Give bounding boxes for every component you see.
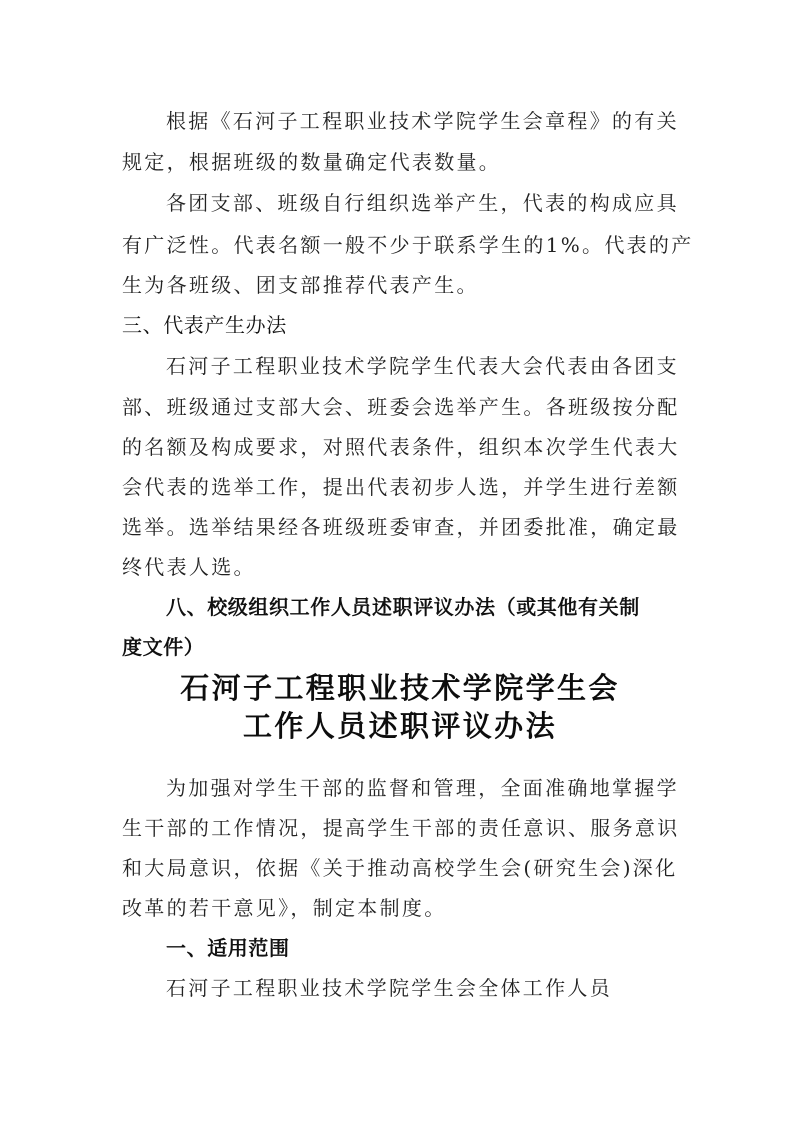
paragraph-line: 部、班级通过支部大会、班委会选举产生。各班级按分配 [122,394,662,420]
section-heading: 三、代表产生办法 [122,312,662,338]
document-title: 石河子工程职业技术学院学生会 [0,670,800,706]
section-heading-continued: 度文件） [122,634,662,660]
paragraph-line: 选举。选举结果经各班级班委审查，并团委批准，确定最 [122,514,662,540]
paragraph-line: 生为各班级、团支部推荐代表产生。 [122,272,662,298]
paragraph-line: 石河子工程职业技术学院学生代表大会代表由各团支 [166,353,706,379]
paragraph-line: 终代表人选。 [122,554,662,580]
paragraph-line: 和大局意识，依据《关于推动高校学生会(研究生会)深化 [122,855,662,881]
section-heading: 一、适用范围 [166,935,706,961]
paragraph-line: 有广泛性。代表名额一般不少于联系学生的1%。代表的产 [122,232,662,258]
paragraph-line: 的名额及构成要求，对照代表条件，组织本次学生代表大 [122,434,662,460]
paragraph-line: 会代表的选举工作，提出代表初步人选，并学生进行差额 [122,474,662,500]
paragraph-line: 各团支部、班级自行组织选举产生，代表的构成应具 [166,190,706,216]
document-page: 根据《石河子工程职业技术学院学生会章程》的有关 规定，根据班级的数量确定代表数量… [0,0,800,1131]
document-subtitle: 工作人员述职评议办法 [0,708,800,744]
paragraph-line: 改革的若干意见》，制定本制度。 [122,895,662,921]
paragraph-line: 根据《石河子工程职业技术学院学生会章程》的有关 [166,108,706,134]
paragraph-line: 为加强对学生干部的监督和管理，全面准确地掌握学 [166,775,706,801]
section-heading: 八、校级组织工作人员述职评议办法（或其他有关制 [166,594,706,620]
paragraph-line: 规定，根据班级的数量确定代表数量。 [122,149,662,175]
paragraph-line: 石河子工程职业技术学院学生会全体工作人员 [166,975,706,1001]
paragraph-line: 生干部的工作情况，提高学生干部的责任意识、服务意识 [122,815,662,841]
